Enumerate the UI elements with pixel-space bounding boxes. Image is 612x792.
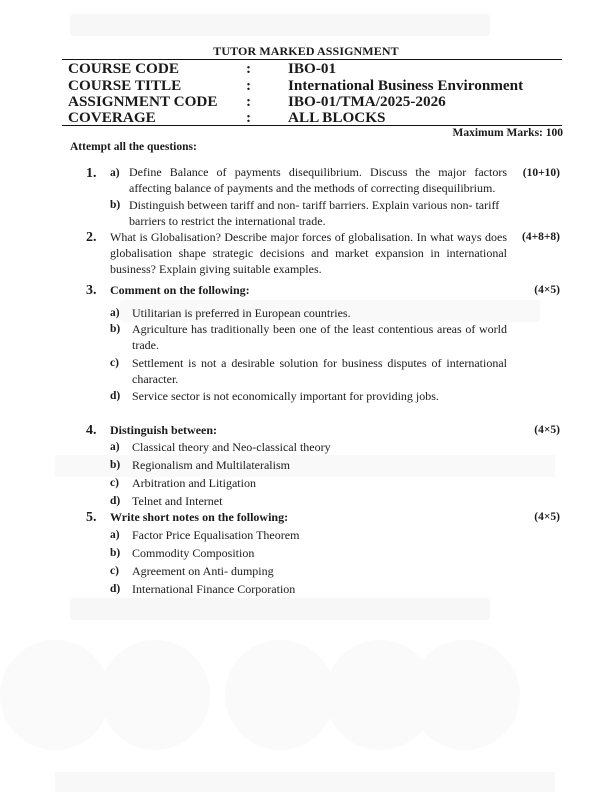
header-bottom-rule xyxy=(62,125,562,126)
course-title-value: International Business Environment xyxy=(288,77,523,94)
part-letter: a) xyxy=(110,439,120,455)
part-text: Commodity Composition xyxy=(132,545,507,561)
assignment-code-value: IBO-01/TMA/2025-2026 xyxy=(288,93,446,110)
part-text: Arbitration and Litigation xyxy=(132,475,507,491)
part-letter: b) xyxy=(110,197,120,213)
part-letter: d) xyxy=(110,388,120,404)
part-text: Agreement on Anti- dumping xyxy=(132,563,507,579)
document-title: TUTOR MARKED ASSIGNMENT xyxy=(0,44,612,59)
part-text: Factor Price Equalisation Theorem xyxy=(132,527,507,543)
question-marks: (4×5) xyxy=(534,422,560,438)
instruction-text: Attempt all the questions: xyxy=(70,141,197,153)
part-letter: b) xyxy=(110,457,120,473)
part-text: Utilitarian is preferred in European cou… xyxy=(132,305,507,321)
question-number: 1. xyxy=(86,166,97,182)
separator-colon: : xyxy=(246,77,251,94)
question-number: 4. xyxy=(86,423,97,439)
question-marks: (10+10) xyxy=(523,165,560,181)
part-letter: a) xyxy=(110,527,120,543)
question-text: Distinguish between tariff and non- tari… xyxy=(129,197,507,229)
question-heading: Comment on the following: xyxy=(110,282,250,298)
course-code-value: IBO-01 xyxy=(288,60,336,77)
part-letter: a) xyxy=(110,165,120,181)
course-code-label: COURSE CODE xyxy=(68,60,179,77)
part-text: Settlement is not a desirable solution f… xyxy=(132,355,507,387)
part-letter: b) xyxy=(110,545,120,561)
question-number: 3. xyxy=(86,283,97,299)
question-number: 5. xyxy=(86,510,97,526)
part-letter: c) xyxy=(110,563,119,579)
part-text: Agriculture has traditionally been one o… xyxy=(132,321,507,353)
question-text: Define Balance of payments disequilibriu… xyxy=(129,164,507,196)
assignment-page: TUTOR MARKED ASSIGNMENT COURSE CODE : IB… xyxy=(0,0,612,792)
maximum-marks: Maximum Marks: 100 xyxy=(452,127,563,139)
question-marks: (4+8+8) xyxy=(522,229,560,245)
question-marks: (4×5) xyxy=(534,282,560,298)
coverage-label: COVERAGE xyxy=(68,109,156,126)
part-text: Classical theory and Neo-classical theor… xyxy=(132,439,507,455)
part-letter: b) xyxy=(110,321,120,337)
part-letter: c) xyxy=(110,355,119,371)
part-text: International Finance Corporation xyxy=(132,581,507,597)
part-letter: d) xyxy=(110,581,120,597)
part-letter: a) xyxy=(110,305,120,321)
part-letter: d) xyxy=(110,493,120,509)
part-text: Regionalism and Multilateralism xyxy=(132,457,507,473)
part-letter: c) xyxy=(110,475,119,491)
part-text: Service sector is not economically impor… xyxy=(132,388,507,404)
question-number: 2. xyxy=(86,230,97,246)
separator-colon: : xyxy=(246,109,251,126)
assignment-code-label: ASSIGNMENT CODE xyxy=(68,93,218,110)
separator-colon: : xyxy=(246,60,251,77)
course-title-label: COURSE TITLE xyxy=(68,77,181,94)
separator-colon: : xyxy=(246,93,251,110)
question-heading: Distinguish between: xyxy=(110,422,217,438)
question-text: What is Globalisation? Describe major fo… xyxy=(110,229,507,277)
question-marks: (4×5) xyxy=(534,509,560,525)
coverage-value: ALL BLOCKS xyxy=(288,109,386,126)
part-text: Telnet and Internet xyxy=(132,493,507,509)
question-heading: Write short notes on the following: xyxy=(110,509,288,525)
